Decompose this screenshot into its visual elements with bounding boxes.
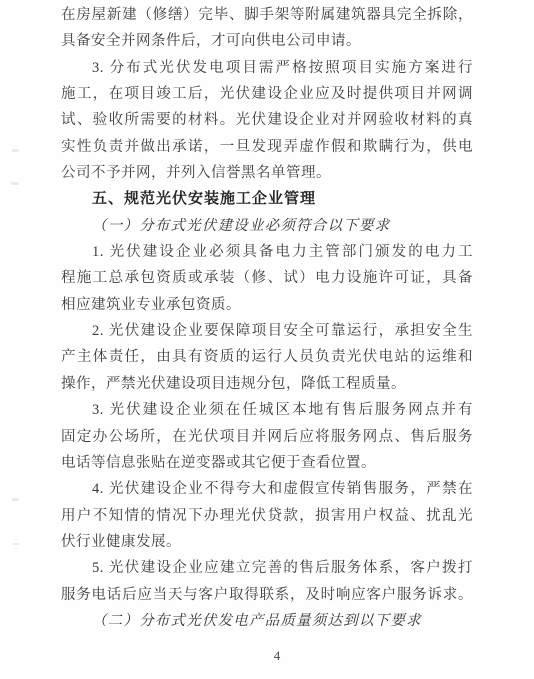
paragraph-line: 实性负责并做出承诺，一旦发现弄虚作假和欺瞒行为，供电	[61, 134, 473, 160]
paragraph-line: 4. 光伏建设企业不得夸大和虚假宣传销售服务，严禁在	[61, 476, 473, 502]
subsection-heading: （二）分布式光伏发电产品质量须达到以下要求	[61, 608, 473, 634]
page-number: 4	[0, 648, 534, 664]
paragraph-line: 2. 光伏建设企业要保障项目安全可靠运行，承担安全生	[61, 318, 473, 344]
scan-artifact	[12, 498, 19, 501]
paragraph-line: 用户不知情的情况下办理光伏贷款，损害用户权益、扰乱光	[61, 503, 473, 529]
subsection-heading: （一）分布式光伏建设业必须符合以下要求	[61, 213, 473, 239]
paragraph-line: 服务电话后应当天与客户取得联系，及时响应客户服务诉求。	[61, 582, 473, 608]
document-page: 在房屋新建（修缮）完毕、脚手架等附属建筑器具完全拆除，具备安全并网条件后，才可向…	[0, 0, 534, 679]
paragraph-line: 程施工总承包资质或承装（修、试）电力设施许可证，具备	[61, 265, 473, 291]
paragraph-line: 3. 光伏建设企业须在任城区本地有售后服务网点并有	[61, 397, 473, 423]
paragraph-line: 3. 分布式光伏发电项目需严格按照项目实施方案进行	[61, 55, 473, 81]
paragraph-line: 伏行业健康发展。	[61, 529, 473, 555]
paragraph-line: 在房屋新建（修缮）完毕、脚手架等附属建筑器具完全拆除，	[61, 2, 473, 28]
paragraph-line: 施工，在项目竣工后，光伏建设企业应及时提供项目并网调	[61, 81, 473, 107]
paragraph-line: 试、验收所需要的材料。光伏建设企业对并网验收材料的真	[61, 107, 473, 133]
paragraph-line: 1. 光伏建设企业必须具备电力主管部门颁发的电力工	[61, 239, 473, 265]
scan-artifact	[13, 543, 19, 545]
paragraph-line: 公司不予并网，并列入信誉黑名单管理。	[61, 160, 473, 186]
scan-artifact	[11, 182, 19, 185]
paragraph-line: 相应建筑业专业承包资质。	[61, 292, 473, 318]
paragraph-line: 固定办公场所，在光伏项目并网后应将服务网点、售后服务	[61, 424, 473, 450]
paragraph-line: 操作，严禁光伏建设项目违规分包，降低工程质量。	[61, 371, 473, 397]
paragraph-line: 5. 光伏建设企业应建立完善的售后服务体系，客户拨打	[61, 555, 473, 581]
document-text-block: 在房屋新建（修缮）完毕、脚手架等附属建筑器具完全拆除，具备安全并网条件后，才可向…	[61, 2, 473, 634]
scan-artifact	[12, 149, 19, 152]
scan-artifact	[78, 266, 82, 270]
paragraph-line: 电话等信息张贴在逆变器或其它便于查看位置。	[61, 450, 473, 476]
paragraph-line: 产主体责任，由具有资质的运行人员负责光伏电站的运维和	[61, 344, 473, 370]
section-heading: 五、规范光伏安装施工企业管理	[61, 186, 473, 212]
paragraph-line: 具备安全并网条件后，才可向供电公司申请。	[61, 28, 473, 54]
